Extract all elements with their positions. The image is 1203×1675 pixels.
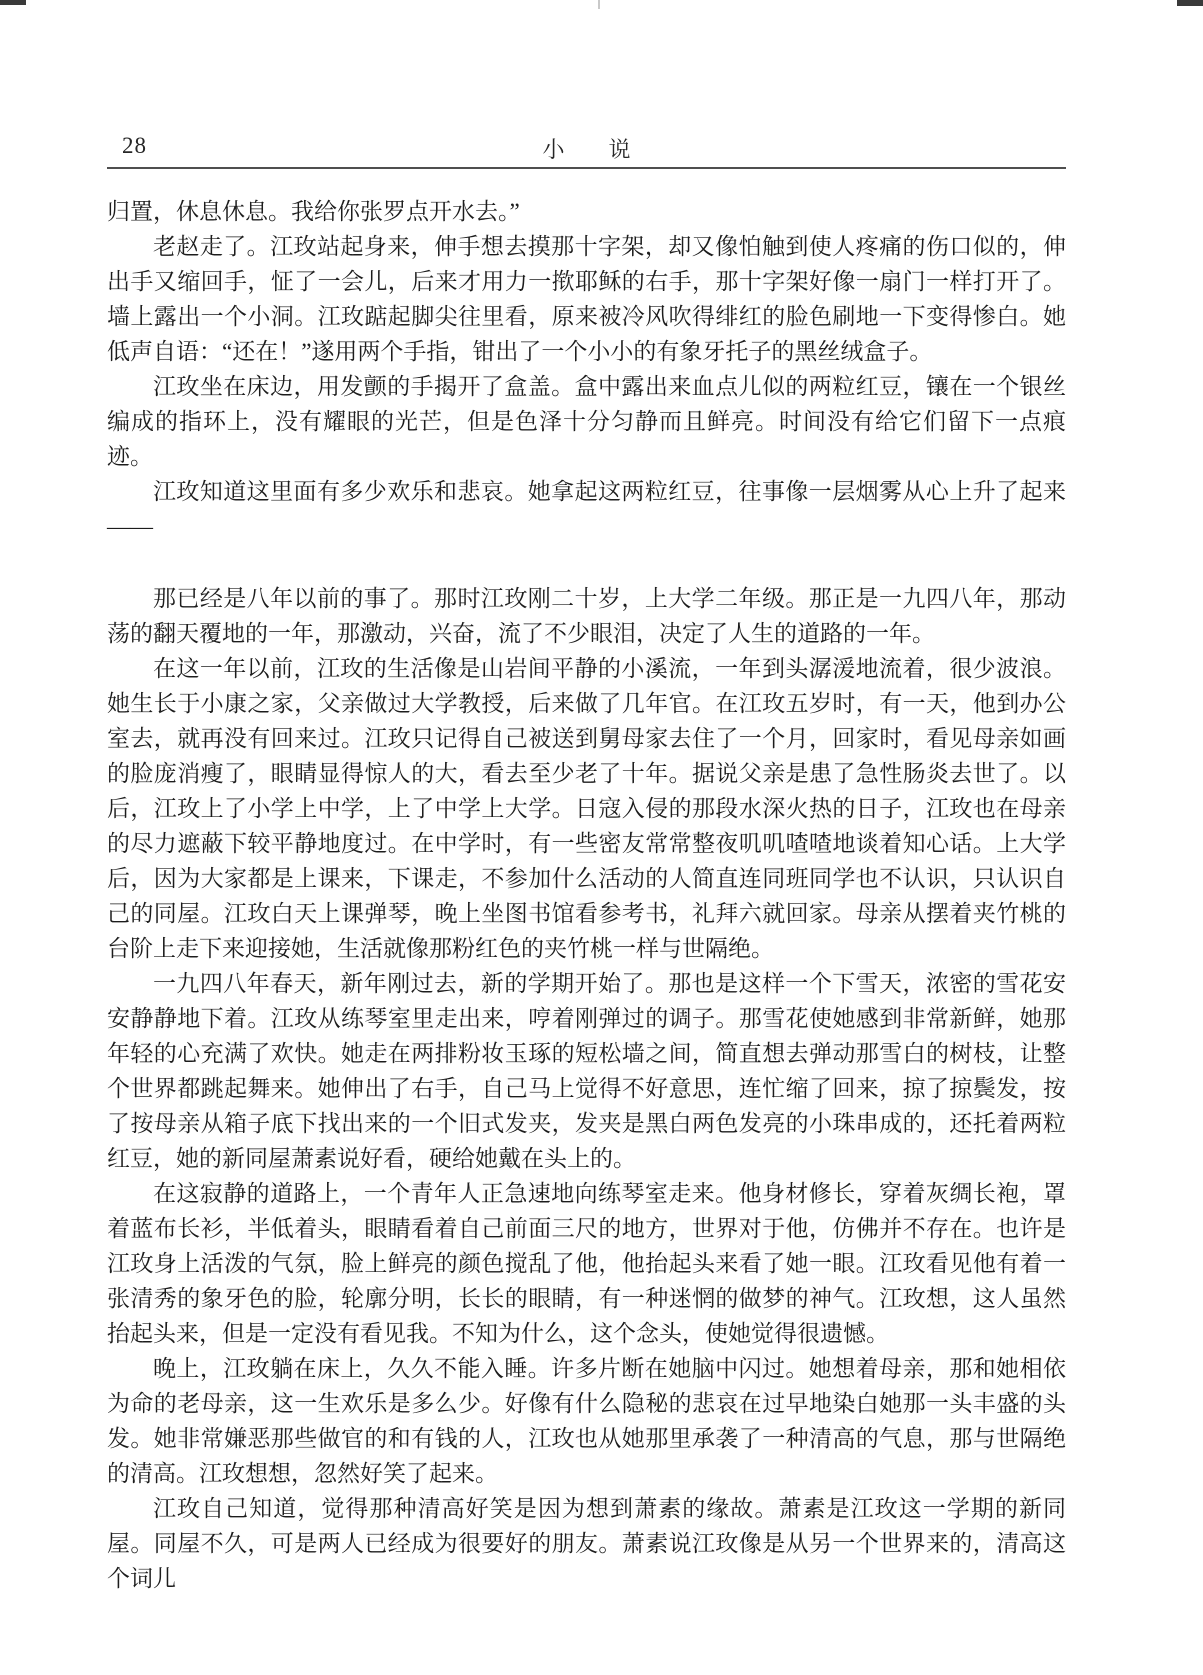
header-rule [107,167,1066,169]
paragraph: 晚上，江玫躺在床上，久久不能入睡。许多片断在她脑中闪过。她想着母亲，那和她相依为… [107,1351,1066,1491]
paragraph: 老赵走了。江玫站起身来，伸手想去摸那十字架，却又像怕触到使人疼痛的伤口似的，伸出… [107,229,1066,369]
page-content: 28 小 说 归置，休息休息。我给你张罗点开水去。”老赵走了。江玫站起身来，伸手… [107,131,1066,1596]
paragraph: 江玫自己知道，觉得那种清高好笑是因为想到萧素的缘故。萧素是江玫这一学期的新同屋。… [107,1491,1066,1596]
paragraph: 归置，休息休息。我给你张罗点开水去。” [107,194,1066,229]
paragraph: 一九四八年春天，新年刚过去，新的学期开始了。那也是这样一个下雪天，浓密的雪花安安… [107,966,1066,1176]
book-page: 28 小 说 归置，休息休息。我给你张罗点开水去。”老赵走了。江玫站起身来，伸手… [0,0,1203,1675]
text-block: 归置，休息休息。我给你张罗点开水去。”老赵走了。江玫站起身来，伸手想去摸那十字架… [107,194,1066,1596]
paragraph: 在这寂静的道路上，一个青年人正急速地向练琴室走来。他身材修长，穿着灰绸长袍，罩着… [107,1176,1066,1351]
paragraph: 江玫知道这里面有多少欢乐和悲哀。她拿起这两粒红豆，往事像一层烟雾从心上升了起来—… [107,474,1066,544]
scan-artifact-top-center [598,0,600,9]
scan-artifact-top-right [1177,0,1203,6]
paragraph: 江玫坐在床边，用发颤的手揭开了盒盖。盒中露出来血点儿似的两粒红豆，镶在一个银丝编… [107,369,1066,474]
paragraph: 那已经是八年以前的事了。那时江玫刚二十岁，上大学二年级。那正是一九四八年，那动荡… [107,581,1066,651]
running-title: 小 说 [107,133,1066,164]
paragraph: 在这一年以前，江玫的生活像是山岩间平静的小溪流，一年到头潺湲地流着，很少波浪。她… [107,651,1066,966]
scan-artifact-top-left [0,0,26,5]
running-head: 28 小 说 [107,131,1066,164]
